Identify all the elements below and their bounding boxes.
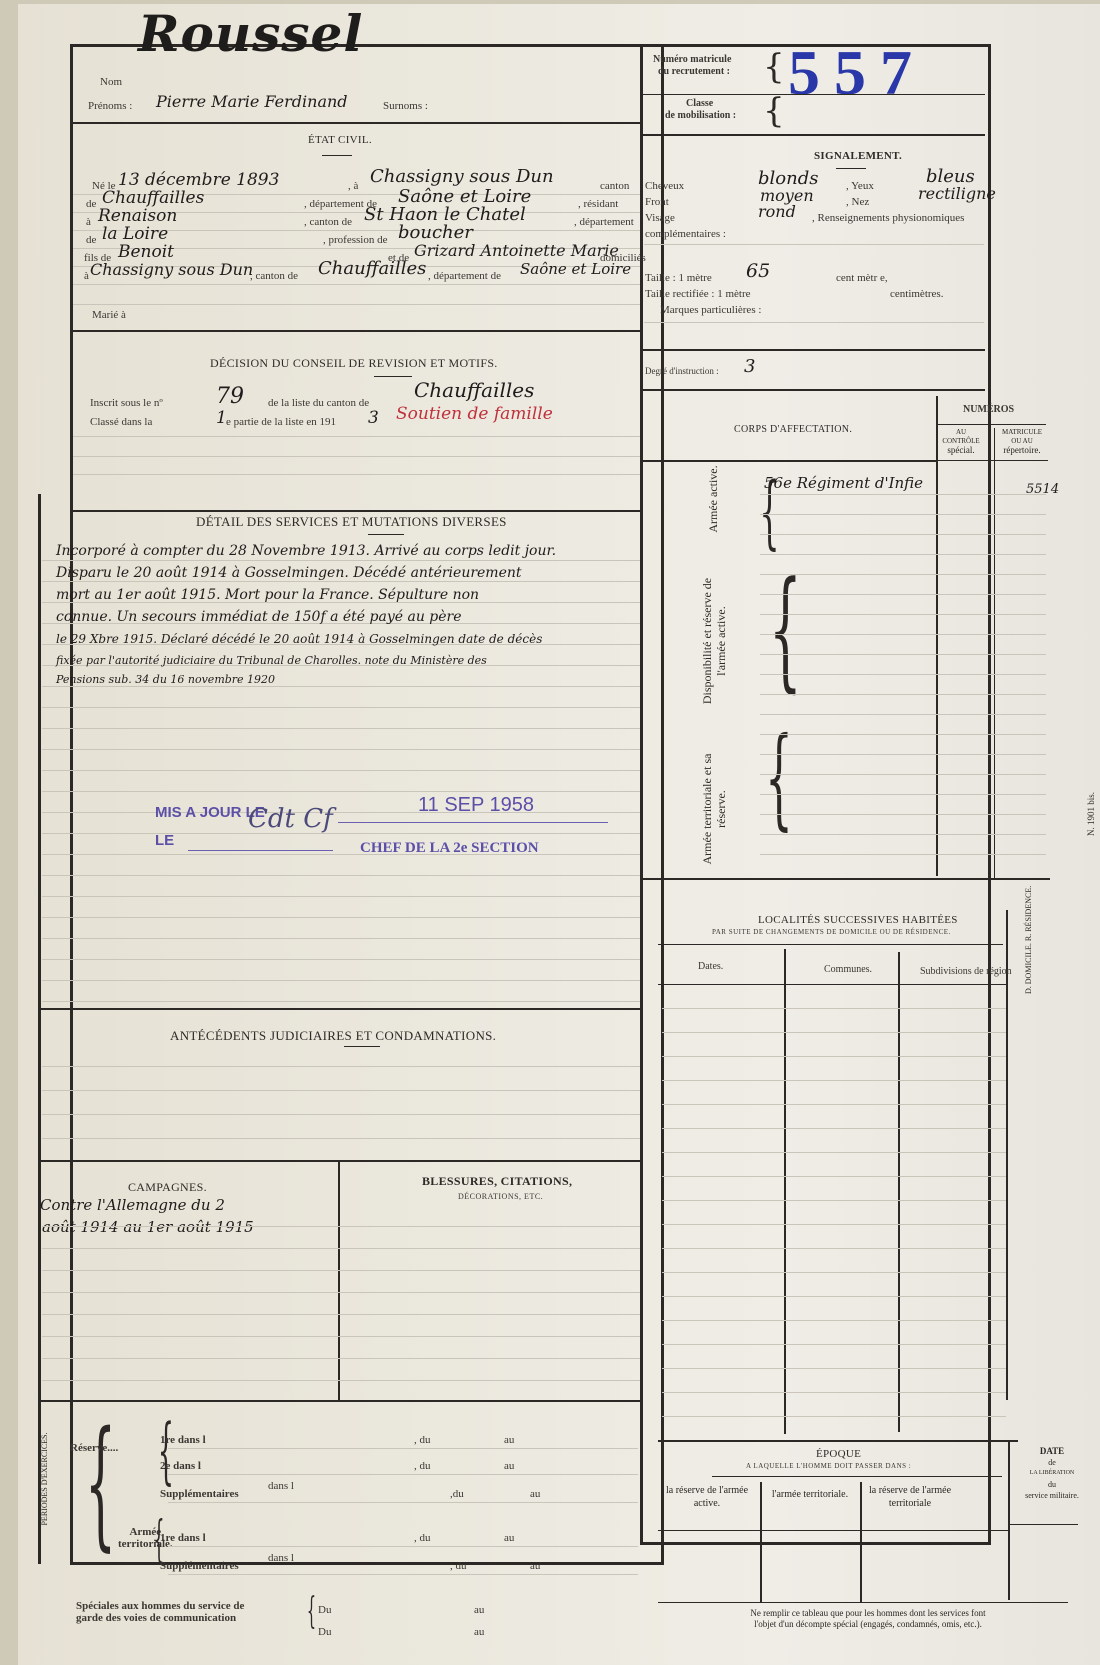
ruled-line	[662, 1320, 1006, 1321]
ruled-line	[760, 574, 1046, 575]
reserve-label: Réserve....	[70, 1442, 118, 1454]
canton-de-label: , canton de	[304, 216, 352, 228]
speciales-au-1: au	[474, 1604, 484, 1616]
ruled-line	[42, 875, 640, 876]
col-controle-header: AU CONTRÔLE spécial.	[940, 428, 982, 455]
ruled-line	[662, 1032, 1006, 1033]
father: Benoit	[118, 242, 174, 262]
matricule-value: 557	[788, 36, 926, 110]
front-label: Front	[645, 196, 669, 208]
ruled-line	[42, 1314, 640, 1315]
ruled-line	[662, 1200, 1006, 1201]
row-label-disponibilite: Disponibilité et réserve de l'armée acti…	[700, 566, 728, 716]
periode-au: au	[504, 1460, 514, 1472]
speciales-label: Spéciales aux hommes du service de garde…	[76, 1600, 244, 1624]
inscrit-number: 79	[216, 384, 244, 409]
taille-unit: cent mètr e,	[836, 272, 888, 284]
birth-date: 13 décembre 1893	[118, 170, 279, 190]
residant-label: , résidant	[578, 198, 618, 210]
periodes-side-label: PÉRIODES D'EXERCICES.	[38, 1424, 52, 1534]
taille-label: Taille : 1 mètre	[645, 272, 712, 284]
epoque-title: ÉPOQUE	[816, 1448, 861, 1460]
periode-du: , du	[414, 1434, 431, 1446]
ruled-line	[662, 1248, 1006, 1249]
ruled-line	[42, 959, 640, 960]
periode-sub: dans l	[268, 1552, 294, 1564]
ruled-line	[662, 1128, 1006, 1129]
ruled-line	[662, 1152, 1006, 1153]
campagnes-line-1: Contre l'Allemagne du 2	[40, 1196, 225, 1214]
stamp-date: 11 SEP 1958	[418, 794, 534, 817]
ruled-line	[42, 812, 640, 813]
ruled-line	[662, 1368, 1006, 1369]
renseignements-label: , Renseignements physionomiques	[812, 212, 964, 224]
marques-label: Marques particulières :	[660, 304, 761, 316]
ruled-line	[42, 728, 640, 729]
blessures-subtitle: DÉCORATIONS, ETC.	[458, 1192, 543, 1201]
nez-label: , Nez	[846, 196, 869, 208]
ruled-line	[662, 1272, 1006, 1273]
ruled-line	[42, 938, 640, 939]
ruled-line	[760, 794, 1046, 795]
ruled-line	[662, 1344, 1006, 1345]
ruled-line	[760, 514, 1046, 515]
ruled-line	[760, 834, 1046, 835]
mother: Grizard Antoinette Marie	[414, 241, 619, 260]
periode-du: , du	[414, 1460, 431, 1472]
residence-departement: la Loire	[102, 224, 168, 244]
departement2-label: , département	[574, 216, 634, 228]
periode-label: Supplémentaires	[160, 1560, 239, 1572]
localites-subtitle: PAR SUITE DE CHANGEMENTS DE DOMICILE OU …	[712, 928, 951, 936]
epoque-col-territoriale: l'armée territoriale.	[764, 1488, 856, 1501]
row-label-territoriale: Armée territoriale et sa réserve.	[700, 744, 728, 874]
antecedents-title: ANTÉCÉDENTS JUDICIAIRES ET CONDAMNATIONS…	[170, 1028, 496, 1044]
epoque-col-reserve-territoriale: la réserve de l'armée territoriale	[864, 1484, 956, 1510]
ruled-line	[662, 1104, 1006, 1105]
classe-label-2: de mobilisation :	[665, 110, 736, 121]
ruled-line	[42, 749, 640, 750]
classe-dans-label: Classé dans la	[90, 416, 152, 428]
ruled-line	[42, 980, 640, 981]
numeros-title: NUMÉROS	[963, 404, 1014, 415]
services-text: Incorporé à compter du 28 Novembre 1913.…	[56, 540, 646, 688]
ruled-line	[42, 770, 640, 771]
periode-du: ,du	[450, 1488, 464, 1500]
ruled-line	[760, 654, 1046, 655]
epoque-col-reserve-active: la réserve de l'armée active.	[658, 1484, 756, 1510]
visage-value: rond	[758, 202, 796, 221]
a2-label: à	[86, 216, 91, 228]
services-title: DÉTAIL DES SERVICES ET MUTATIONS DIVERSE…	[196, 514, 507, 530]
complementaires-label: complémentaires :	[645, 228, 726, 240]
periode-au: au	[530, 1488, 540, 1500]
matricule-label-2: du recrutement :	[658, 66, 730, 77]
ruled-line	[662, 1008, 1006, 1009]
ruled-line	[760, 494, 1046, 495]
margin-form-number: N. 1901 bis.	[1084, 764, 1098, 864]
ruled-line	[42, 1270, 640, 1271]
birth-canton: Chauffailles	[102, 188, 204, 208]
ruled-line	[760, 534, 1046, 535]
ruled-line	[42, 833, 640, 834]
stamp-chef: CHEF DE LA 2e SECTION	[360, 840, 539, 857]
inscrit-label: Inscrit sous le nº	[90, 397, 163, 409]
ruled-line	[662, 1056, 1006, 1057]
ruled-line	[662, 1392, 1006, 1393]
de-label: de	[86, 198, 96, 210]
speciales-au-2: au	[474, 1626, 484, 1638]
year-digit: 3	[368, 408, 379, 428]
canton-label: canton	[600, 180, 629, 192]
ruled-line	[662, 1080, 1006, 1081]
ruled-line	[662, 1296, 1006, 1297]
epoque-subtitle: A LAQUELLE L'HOMME DOIT PASSER DANS :	[746, 1462, 911, 1470]
taille-rectifiee-unit: centimètres.	[890, 288, 943, 300]
blessures-title: BLESSURES, CITATIONS,	[422, 1174, 572, 1189]
periode-label: 1re dans l	[160, 1532, 206, 1544]
localites-title: LOCALITÉS SUCCESSIVES HABITÉES	[758, 914, 958, 926]
ruled-line	[760, 734, 1046, 735]
cheveux-label: Cheveux	[645, 180, 684, 192]
ruled-line	[760, 814, 1046, 815]
marie-label: Marié à	[92, 309, 126, 321]
periode-au: au	[504, 1532, 514, 1544]
row-label-armee-active: Armée active.	[706, 454, 720, 544]
ruled-line	[42, 707, 640, 708]
degre-instruction-value: 3	[744, 356, 755, 377]
a3-label: à	[84, 270, 89, 282]
profession-label: , profession de	[323, 234, 387, 246]
stamp-signature: Cdt Cf	[248, 804, 333, 834]
ruled-line	[760, 754, 1046, 755]
nez-value: rectiligne	[918, 184, 996, 203]
localites-col-dates: Dates.	[698, 961, 723, 972]
taille-rectifiee-label: Taille rectifiée : 1 mètre	[645, 288, 751, 300]
ruled-line	[42, 1380, 640, 1381]
localites-side-label: D. DOMICILE. R. RÉSIDENCE.	[1022, 914, 1036, 994]
ruled-line	[760, 854, 1046, 855]
corps-armee-active: 56e Régiment d'Infie	[764, 474, 923, 492]
motif-value: Soutien de famille	[396, 404, 553, 424]
ruled-line	[760, 674, 1046, 675]
visage-label: Visage	[645, 212, 675, 224]
campagnes-line-2: août 1914 au 1er août 1915	[42, 1218, 254, 1236]
ruled-line	[42, 917, 640, 918]
ruled-line	[662, 1224, 1006, 1225]
ruled-line	[760, 694, 1046, 695]
epoque-note: Ne remplir ce tableau que pour les homme…	[668, 1608, 1068, 1630]
ruled-line	[42, 1336, 640, 1337]
a-label: , à	[348, 180, 358, 192]
decision-title: DÉCISION DU CONSEIL DE REVISION ET MOTIF…	[210, 356, 498, 371]
ruled-line	[42, 791, 640, 792]
parents-place: Chassigny sous Dun	[90, 260, 253, 279]
profession: boucher	[398, 222, 473, 243]
surnoms-label: Surnoms :	[383, 100, 428, 112]
periode-au: au	[504, 1434, 514, 1446]
localites-col-subdivisions: Subdivisions de région	[920, 966, 1012, 977]
date-liberation-header: DATE de LA LIBÉRATION du service militai…	[1012, 1446, 1092, 1501]
canton-de2-label: , canton de	[250, 270, 298, 282]
yeux-label: , Yeux	[846, 180, 874, 192]
nom-label: Nom	[100, 76, 122, 88]
ruled-line	[662, 1176, 1006, 1177]
corps-title: CORPS D'AFFECTATION.	[734, 424, 852, 435]
taille-value: 65	[746, 260, 770, 282]
register-page: Nom Roussel Prénoms : Pierre Marie Ferdi…	[18, 4, 1100, 1665]
prenoms-label: Prénoms :	[88, 100, 132, 112]
ruled-line	[760, 594, 1046, 595]
partie-label: e partie de la liste en 191	[226, 416, 336, 428]
ruled-line	[760, 714, 1046, 715]
etat-civil-title: ÉTAT CIVIL.	[308, 134, 372, 146]
periode-du: , du	[414, 1532, 431, 1544]
departement3-label: , département de	[428, 270, 501, 282]
matricule-label: Numéro matricule	[653, 54, 731, 65]
ruled-line	[760, 614, 1046, 615]
ruled-line	[42, 1292, 640, 1293]
degre-instruction-label: Degré d'instruction :	[645, 366, 719, 376]
periode-sub: dans l	[268, 1480, 294, 1492]
parents-canton: Chauffailles	[318, 258, 426, 279]
ruled-line	[42, 1358, 640, 1359]
localites-col-communes: Communes.	[824, 964, 872, 975]
prenoms-value: Pierre Marie Ferdinand	[156, 92, 348, 111]
periode-label: 1re dans l	[160, 1434, 206, 1446]
ruled-line	[42, 1226, 640, 1227]
ruled-line	[42, 1248, 640, 1249]
classe-label: Classe	[686, 98, 713, 109]
ruled-line	[662, 1416, 1006, 1417]
de2-label: de	[86, 234, 96, 246]
ruled-line	[42, 1001, 640, 1002]
periode-du: , du	[450, 1560, 467, 1572]
campagnes-title: CAMPAGNES.	[128, 1180, 207, 1195]
parents-departement: Saône et Loire	[520, 260, 631, 278]
nom-value: Roussel	[138, 4, 363, 63]
birth-place: Chassigny sous Dun	[370, 166, 554, 187]
stamp-le: LE	[155, 832, 174, 849]
signalement-title: SIGNALEMENT.	[814, 150, 902, 162]
residence: Renaison	[98, 206, 177, 226]
ruled-line	[42, 854, 640, 855]
ruled-line	[760, 774, 1046, 775]
periode-label: Supplémentaires	[160, 1488, 239, 1500]
speciales-du-2: Du	[318, 1626, 331, 1638]
ruled-line	[760, 554, 1046, 555]
liste-canton-label: de la liste du canton de	[268, 397, 369, 409]
periode-label: 2e dans l	[160, 1460, 201, 1472]
decision-canton: Chauffailles	[414, 378, 534, 402]
ruled-line	[760, 634, 1046, 635]
speciales-du-1: Du	[318, 1604, 331, 1616]
ruled-line	[42, 896, 640, 897]
col-matricule-header: MATRICULE OU AU répertoire.	[996, 428, 1048, 455]
periode-au: au	[530, 1560, 540, 1572]
